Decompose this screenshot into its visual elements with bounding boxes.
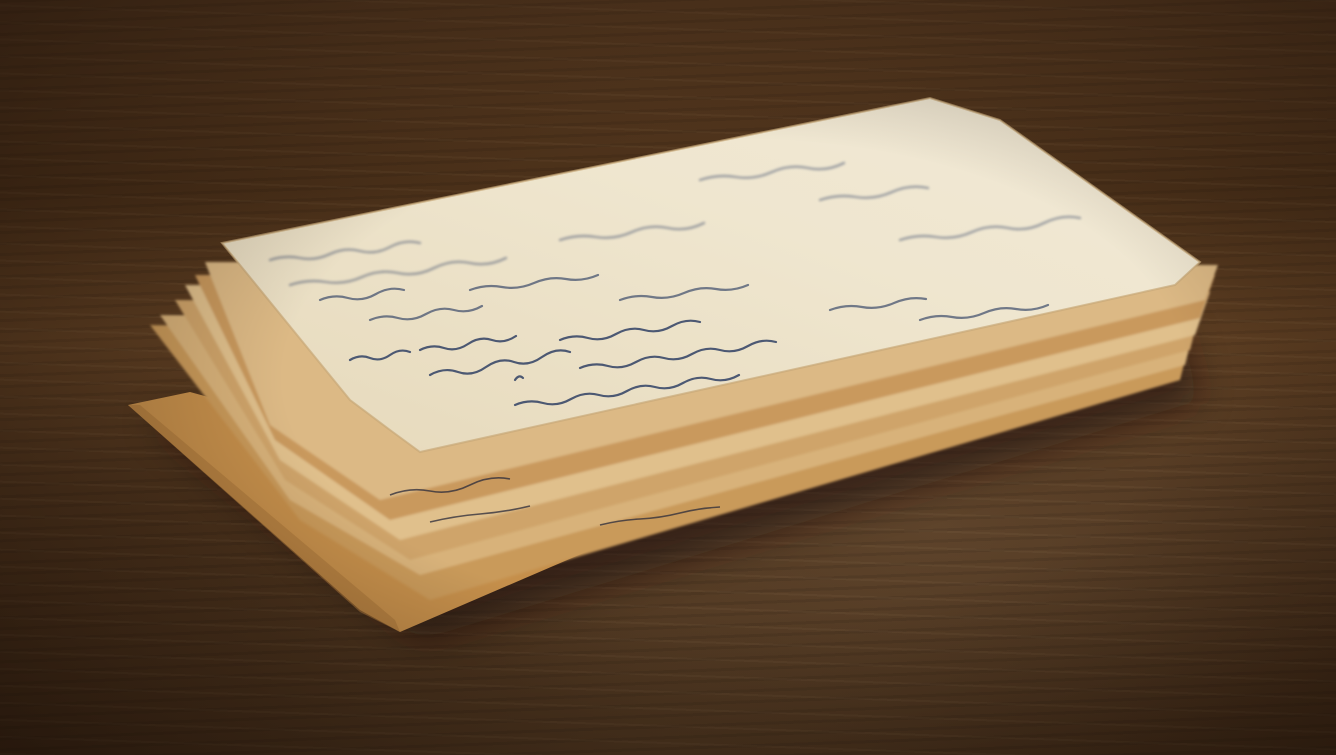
photo-scene xyxy=(0,0,1336,755)
vignette xyxy=(0,0,1336,755)
